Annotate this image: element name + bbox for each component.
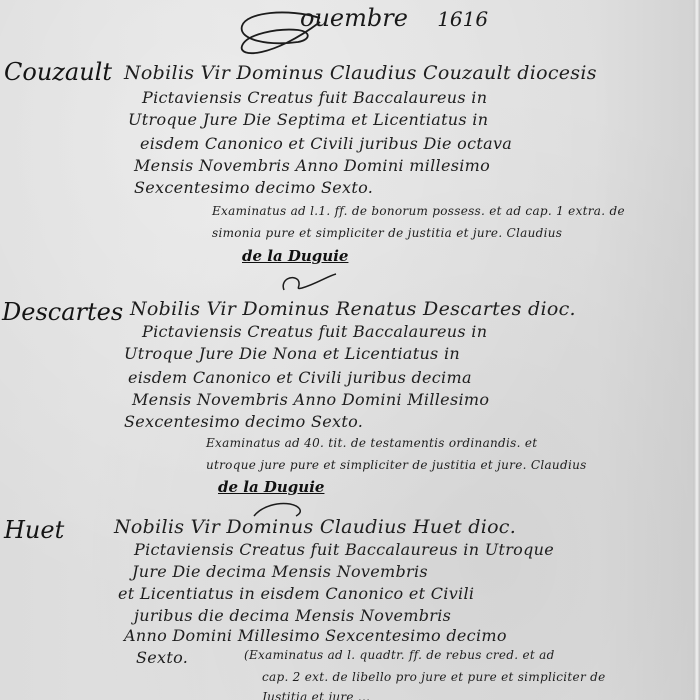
entry-line: Jure Die decima Mensis Novembris <box>132 562 428 581</box>
entry-line: Pictaviensis Creatus fuit Baccalaureus i… <box>134 540 554 559</box>
entry-line: Mensis Novembris Anno Domini Millesimo <box>132 390 489 409</box>
entry-line: Mensis Novembris Anno Domini millesimo <box>134 156 490 175</box>
exam-line: Examinatus ad 40. tit. de testamentis or… <box>206 436 537 450</box>
entry-line: et Licentiatus in eisdem Canonico et Civ… <box>118 584 474 603</box>
entry-line: Nobilis Vir Dominus Claudius Couzault di… <box>124 62 597 84</box>
entry-line: Sexcentesimo decimo Sexto. <box>134 178 373 197</box>
header-month: ouembre <box>300 4 408 32</box>
examiner-signature: de la Duguie <box>218 478 324 496</box>
exam-line: simonia pure et simpliciter de justitia … <box>212 226 562 240</box>
entry-line: Nobilis Vir Dominus Claudius Huet dioc. <box>114 516 516 538</box>
entry-line: Pictaviensis Creatus fuit Baccalaureus i… <box>142 88 487 107</box>
entry-line: Pictaviensis Creatus fuit Baccalaureus i… <box>142 322 487 341</box>
exam-line: cap. 2 ext. de libello pro jure et pure … <box>262 670 605 684</box>
entry-line: eisdem Canonico et Civili juribus decima <box>128 368 472 387</box>
entry-line: Utroque Jure Die Septima et Licentiatus … <box>128 110 488 129</box>
entry-line: Utroque Jure Die Nona et Licentiatus in <box>124 344 460 363</box>
exam-line: utroque jure pure et simpliciter de just… <box>206 458 587 472</box>
separator-flourish <box>280 270 340 294</box>
entry-line: Sexcentesimo decimo Sexto. <box>124 412 363 431</box>
page-edge <box>694 0 700 700</box>
entry-line: Nobilis Vir Dominus Renatus Descartes di… <box>130 298 576 320</box>
entry-line: eisdem Canonico et Civili juribus Die oc… <box>140 134 512 153</box>
exam-line: Examinatus ad l.1. ff. de bonorum posses… <box>212 204 625 218</box>
entry-line: Sexto. <box>136 648 188 667</box>
exam-line: Justitia et jure ... <box>262 690 370 700</box>
margin-name: Huet <box>4 516 64 544</box>
margin-name: Couzault <box>4 58 112 86</box>
examiner-signature: de la Duguie <box>242 247 348 265</box>
header-year: 1616 <box>437 7 488 31</box>
entry-line: juribus die decima Mensis Novembris <box>134 606 451 625</box>
margin-name: Descartes <box>2 298 123 326</box>
page-header-date: ouembre 1616 <box>300 4 488 32</box>
exam-line: (Examinatus ad l. quadtr. ff. de rebus c… <box>244 648 555 662</box>
manuscript-page: ouembre 1616 Couzault Nobilis Vir Dominu… <box>0 0 700 700</box>
entry-line: Anno Domini Millesimo Sexcentesimo decim… <box>124 626 507 645</box>
